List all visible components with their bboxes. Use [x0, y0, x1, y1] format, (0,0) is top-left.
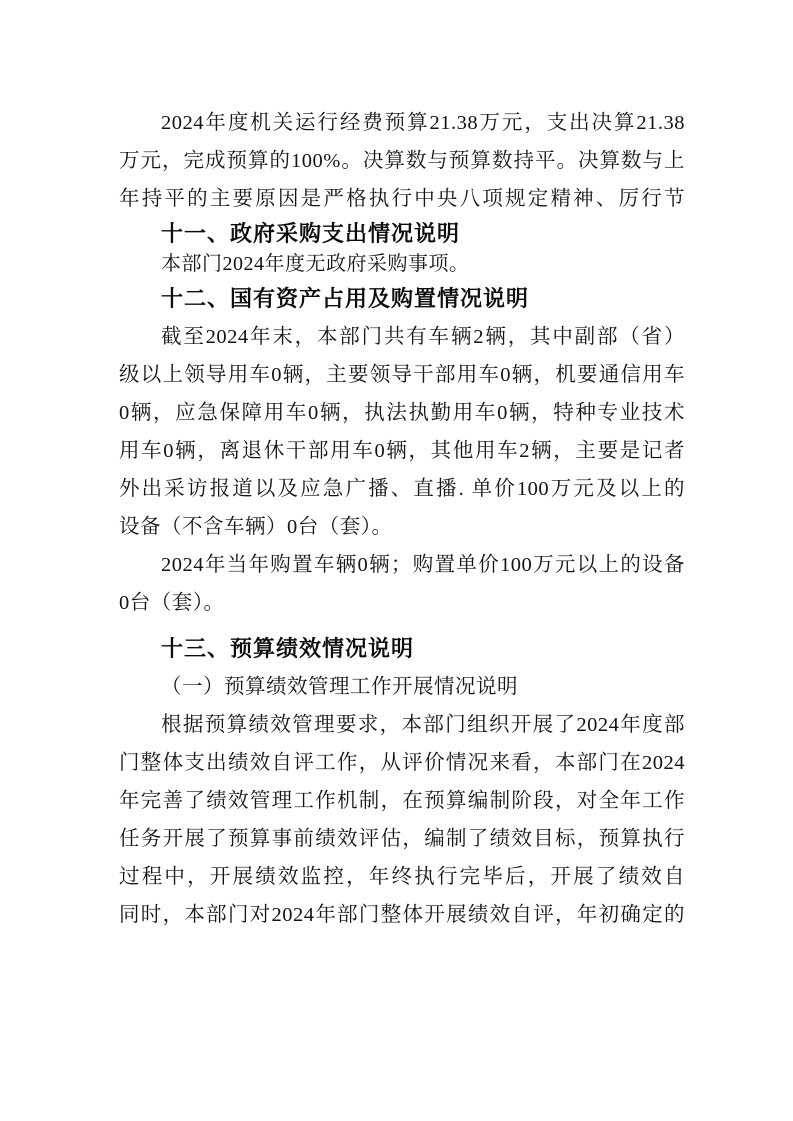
text-line: （一）预算绩效管理工作开展情况说明	[119, 668, 685, 706]
text-line: 根据预算绩效管理要求，本部门组织开展了2024年度部	[119, 706, 685, 744]
text-line: 过程中，开展绩效监控，年终执行完毕后，开展了绩效自评。	[119, 858, 685, 896]
section-heading-line: 十二、国有资产占用及购置情况说明	[119, 280, 685, 318]
text-line: 本部门2024年度无政府采购事项。	[119, 249, 685, 280]
text-line: 任务开展了预算事前绩效评估，编制了绩效目标，预算执行	[119, 820, 685, 858]
section-heading-line: 十三、预算绩效情况说明	[119, 630, 685, 668]
text-line: 外出采访报道以及应急广播、直播. 单价100万元及以上的	[119, 470, 685, 508]
section-heading-line: 十一、政府采购支出情况说明	[119, 218, 685, 249]
text-line: 截至2024年末，本部门共有车辆2辆，其中副部（省）	[119, 318, 685, 356]
text-line: 2024年度机关运行经费预算21.38万元，支出决算21.38	[119, 104, 685, 142]
text-line: 同时，本部门对2024年部门整体开展绩效自评，年初确定的	[119, 896, 685, 934]
text-line: 年持平的主要原因是严格执行中央八项规定精神、厉行节约。	[119, 180, 685, 218]
text-line: 年完善了绩效管理工作机制，在预算编制阶段，对全年工作	[119, 782, 685, 820]
text-line: 门整体支出绩效自评工作，从评价情况来看，本部门在2024	[119, 744, 685, 782]
document-text-block: 2024年度机关运行经费预算21.38万元，支出决算21.38万元，完成预算的1…	[119, 104, 685, 934]
text-line: 设备（不含车辆）0台（套）。	[119, 508, 685, 546]
document-page: 2024年度机关运行经费预算21.38万元，支出决算21.38万元，完成预算的1…	[0, 0, 793, 1121]
text-line: 级以上领导用车0辆，主要领导干部用车0辆，机要通信用车	[119, 356, 685, 394]
text-line: 用车0辆，离退休干部用车0辆，其他用车2辆，主要是记者	[119, 432, 685, 470]
text-line: 0辆，应急保障用车0辆，执法执勤用车0辆，特种专业技术	[119, 394, 685, 432]
text-line: 0台（套）。	[119, 584, 685, 622]
text-line: 万元，完成预算的100%。决算数与预算数持平。决算数与上	[119, 142, 685, 180]
text-line: 2024年当年购置车辆0辆；购置单价100万元以上的设备	[119, 546, 685, 584]
